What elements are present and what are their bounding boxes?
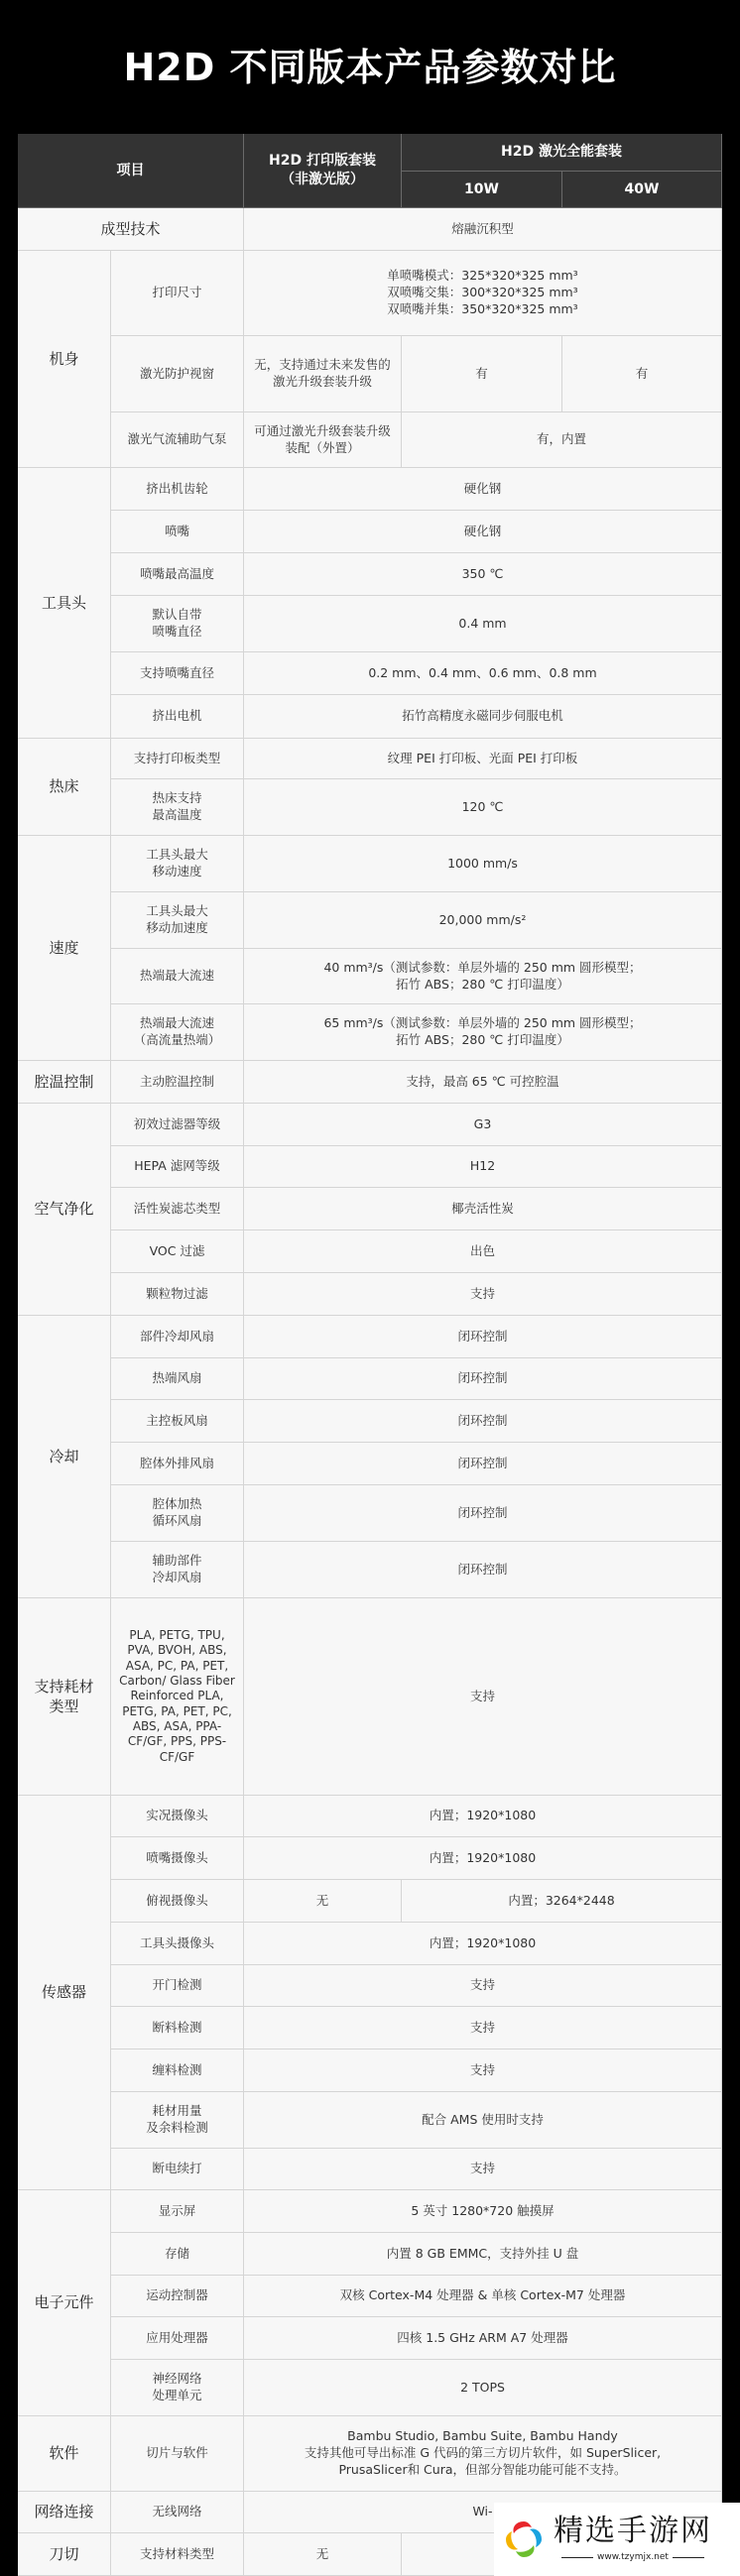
row-chamber-ctrl-value: 支持，最高 65 ℃ 可控腔温 (244, 1061, 722, 1104)
row-print-size-value: 单喷嘴模式：325*320*325 mm³ 双喷嘴交集：300*320*325 … (244, 251, 722, 336)
row-nozzle-cam-value: 内置；1920*1080 (244, 1837, 722, 1880)
row-voc-label: VOC 过滤 (111, 1230, 244, 1273)
row-bed-temp-label: 热床支持 最高温度 (111, 779, 244, 836)
watermark-url: www.tzymjx.net (597, 2552, 669, 2562)
row-carbon-value: 椰壳活性炭 (244, 1188, 722, 1230)
row-board-fan-label: 主控板风扇 (111, 1400, 244, 1443)
row-materials-value: 支持 (244, 1598, 722, 1796)
group-chamber: 腔温控制 (18, 1061, 111, 1104)
row-exhaust-fan-label: 腔体外排风扇 (111, 1443, 244, 1485)
row-part-fan-value: 闭环控制 (244, 1316, 722, 1358)
row-nozzle-value: 硬化钢 (244, 511, 722, 553)
watermark: 精选手游网 www.tzymjx.net (494, 2503, 740, 2576)
row-nozzle-sizes-label: 支持喷嘴直径 (111, 652, 244, 695)
row-print-size-label: 打印尺寸 (111, 251, 244, 336)
spec-table: 项目 H2D 打印版套装 （非激光版） H2D 激光全能套装 10W 40W 成… (18, 134, 722, 2576)
group-software: 软件 (18, 2416, 111, 2492)
row-motion-label: 运动控制器 (111, 2276, 244, 2317)
row-nozzle-temp-label: 喷嘴最高温度 (111, 553, 244, 596)
group-materials: 支持耗材 类型 (18, 1598, 111, 1796)
header-laser-40w: 40W (562, 172, 722, 208)
row-npu-value: 2 TOPS (244, 2360, 722, 2416)
row-app-proc-value: 四核 1.5 GHz ARM A7 处理器 (244, 2317, 722, 2360)
row-prefilter-label: 初效过滤器等级 (111, 1104, 244, 1146)
row-air-pump-label: 激光气流辅助气泵 (111, 412, 244, 468)
group-heatbed: 热床 (18, 739, 111, 836)
group-body: 机身 (18, 251, 111, 468)
group-cooling: 冷却 (18, 1316, 111, 1598)
row-plate-types-label: 支持打印板类型 (111, 739, 244, 779)
row-top-cam-laser: 内置；3264*2448 (402, 1880, 722, 1923)
header-laser-kit: H2D 激光全能套装 (402, 134, 722, 172)
group-electronics: 电子元件 (18, 2190, 111, 2416)
row-extruder-motor-label: 挤出电机 (111, 695, 244, 739)
row-top-cam-print: 无 (244, 1880, 402, 1923)
row-particle-label: 颗粒物过滤 (111, 1273, 244, 1316)
row-hotend-fan-value: 闭环控制 (244, 1358, 722, 1400)
row-exhaust-fan-value: 闭环控制 (244, 1443, 722, 1485)
row-nozzle-cam-label: 喷嘴摄像头 (111, 1837, 244, 1880)
row-carbon-label: 活性炭滤芯类型 (111, 1188, 244, 1230)
row-board-fan-value: 闭环控制 (244, 1400, 722, 1443)
row-usage-label: 耗材用量 及余料检测 (111, 2092, 244, 2149)
row-motion-value: 双核 Cortex-M4 处理器 & 单核 Cortex-M7 处理器 (244, 2276, 722, 2317)
row-default-nozzle-value: 0.4 mm (244, 596, 722, 652)
row-part-fan-label: 部件冷却风扇 (111, 1316, 244, 1358)
row-laser-window-label: 激光防护视窗 (111, 336, 244, 412)
row-extruder-motor-value: 拓竹高精度永磁同步伺服电机 (244, 695, 722, 739)
row-tangle-label: 缠料检测 (111, 2049, 244, 2092)
row-wifi-label: 无线网络 (111, 2492, 244, 2533)
row-display-label: 显示屏 (111, 2190, 244, 2233)
row-aux-fan-label: 辅助部件 冷却风扇 (111, 1542, 244, 1598)
row-runout-label: 断料检测 (111, 2007, 244, 2049)
row-max-speed-value: 1000 mm/s (244, 836, 722, 892)
row-tangle-value: 支持 (244, 2049, 722, 2092)
row-max-flow-hf-value: 65 mm³/s（测试参数：单层外墙的 250 mm 圆形模型； 拓竹 ABS；… (244, 1004, 722, 1061)
row-max-flow-label: 热端最大流速 (111, 949, 244, 1004)
row-npu-label: 神经网络 处理单元 (111, 2360, 244, 2416)
row-display-value: 5 英寸 1280*720 触摸屏 (244, 2190, 722, 2233)
row-cut-mat-print: 无 (244, 2533, 402, 2576)
row-laser-window-10w: 有 (402, 336, 562, 412)
row-toolhead-cam-value: 内置；1920*1080 (244, 1923, 722, 1965)
row-storage-value: 内置 8 GB EMMC，支持外挂 U 盘 (244, 2233, 722, 2276)
row-resume-value: 支持 (244, 2149, 722, 2190)
row-plate-types-value: 纹理 PEI 打印板、光面 PEI 打印板 (244, 739, 722, 779)
row-live-cam-label: 实况摄像头 (111, 1796, 244, 1837)
row-air-pump-laser: 有，内置 (402, 412, 722, 468)
row-air-pump-print: 可通过激光升级套装升级装配（外置） (244, 412, 402, 468)
group-air: 空气净化 (18, 1104, 111, 1316)
row-laser-window-print: 无，支持通过未来发售的激光升级套装升级 (244, 336, 402, 412)
header-print-kit: H2D 打印版套装 （非激光版） (244, 134, 402, 208)
row-laser-window-40w: 有 (562, 336, 722, 412)
row-chamber-ctrl-label: 主动腔温控制 (111, 1061, 244, 1104)
group-network: 网络连接 (18, 2492, 111, 2533)
row-cut-mat-label: 支持材料类型 (111, 2533, 244, 2576)
page-title: H2D 不同版本产品参数对比 (0, 0, 740, 134)
row-hotend-fan-label: 热端风扇 (111, 1358, 244, 1400)
row-max-speed-label: 工具头最大 移动速度 (111, 836, 244, 892)
group-cutting: 刀切 (18, 2533, 111, 2576)
row-slicer-value: Bambu Studio, Bambu Suite, Bambu Handy 支… (244, 2416, 722, 2492)
watermark-logo-icon (502, 2517, 546, 2561)
row-materials-list: PLA, PETG, TPU, PVA, BVOH, ABS, ASA, PC,… (111, 1598, 244, 1796)
row-storage-label: 存储 (111, 2233, 244, 2276)
row-nozzle-label: 喷嘴 (111, 511, 244, 553)
row-extruder-gear-label: 挤出机齿轮 (111, 468, 244, 511)
header-laser-10w: 10W (402, 172, 562, 208)
row-door-value: 支持 (244, 1965, 722, 2007)
row-prefilter-value: G3 (244, 1104, 722, 1146)
row-slicer-label: 切片与软件 (111, 2416, 244, 2492)
row-max-flow-hf-label: 热端最大流速 （高流量热端） (111, 1004, 244, 1061)
watermark-name: 精选手游网 (554, 2517, 712, 2546)
group-toolhead: 工具头 (18, 468, 111, 739)
row-live-cam-value: 内置；1920*1080 (244, 1796, 722, 1837)
row-circ-fan-value: 闭环控制 (244, 1485, 722, 1542)
row-particle-value: 支持 (244, 1273, 722, 1316)
row-default-nozzle-label: 默认自带 喷嘴直径 (111, 596, 244, 652)
row-nozzle-temp-value: 350 ℃ (244, 553, 722, 596)
row-forming-value: 熔融沉积型 (244, 208, 722, 251)
row-circ-fan-label: 腔体加热 循环风扇 (111, 1485, 244, 1542)
row-max-accel-label: 工具头最大 移动加速度 (111, 892, 244, 949)
row-runout-value: 支持 (244, 2007, 722, 2049)
group-sensors: 传感器 (18, 1796, 111, 2190)
row-nozzle-sizes-value: 0.2 mm、0.4 mm、0.6 mm、0.8 mm (244, 652, 722, 695)
row-hepa-value: H12 (244, 1146, 722, 1188)
row-max-accel-value: 20,000 mm/s² (244, 892, 722, 949)
row-extruder-gear-value: 硬化钢 (244, 468, 722, 511)
group-speed: 速度 (18, 836, 111, 1061)
row-door-label: 开门检测 (111, 1965, 244, 2007)
row-usage-value: 配合 AMS 使用时支持 (244, 2092, 722, 2149)
row-app-proc-label: 应用处理器 (111, 2317, 244, 2360)
header-item: 项目 (18, 134, 244, 208)
row-max-flow-value: 40 mm³/s（测试参数：单层外墙的 250 mm 圆形模型； 拓竹 ABS；… (244, 949, 722, 1004)
row-top-cam-label: 俯视摄像头 (111, 1880, 244, 1923)
row-bed-temp-value: 120 ℃ (244, 779, 722, 836)
row-aux-fan-value: 闭环控制 (244, 1542, 722, 1598)
row-resume-label: 断电续打 (111, 2149, 244, 2190)
row-voc-value: 出色 (244, 1230, 722, 1273)
row-hepa-label: HEPA 滤网等级 (111, 1146, 244, 1188)
row-toolhead-cam-label: 工具头摄像头 (111, 1923, 244, 1965)
row-forming-label: 成型技术 (18, 208, 244, 251)
